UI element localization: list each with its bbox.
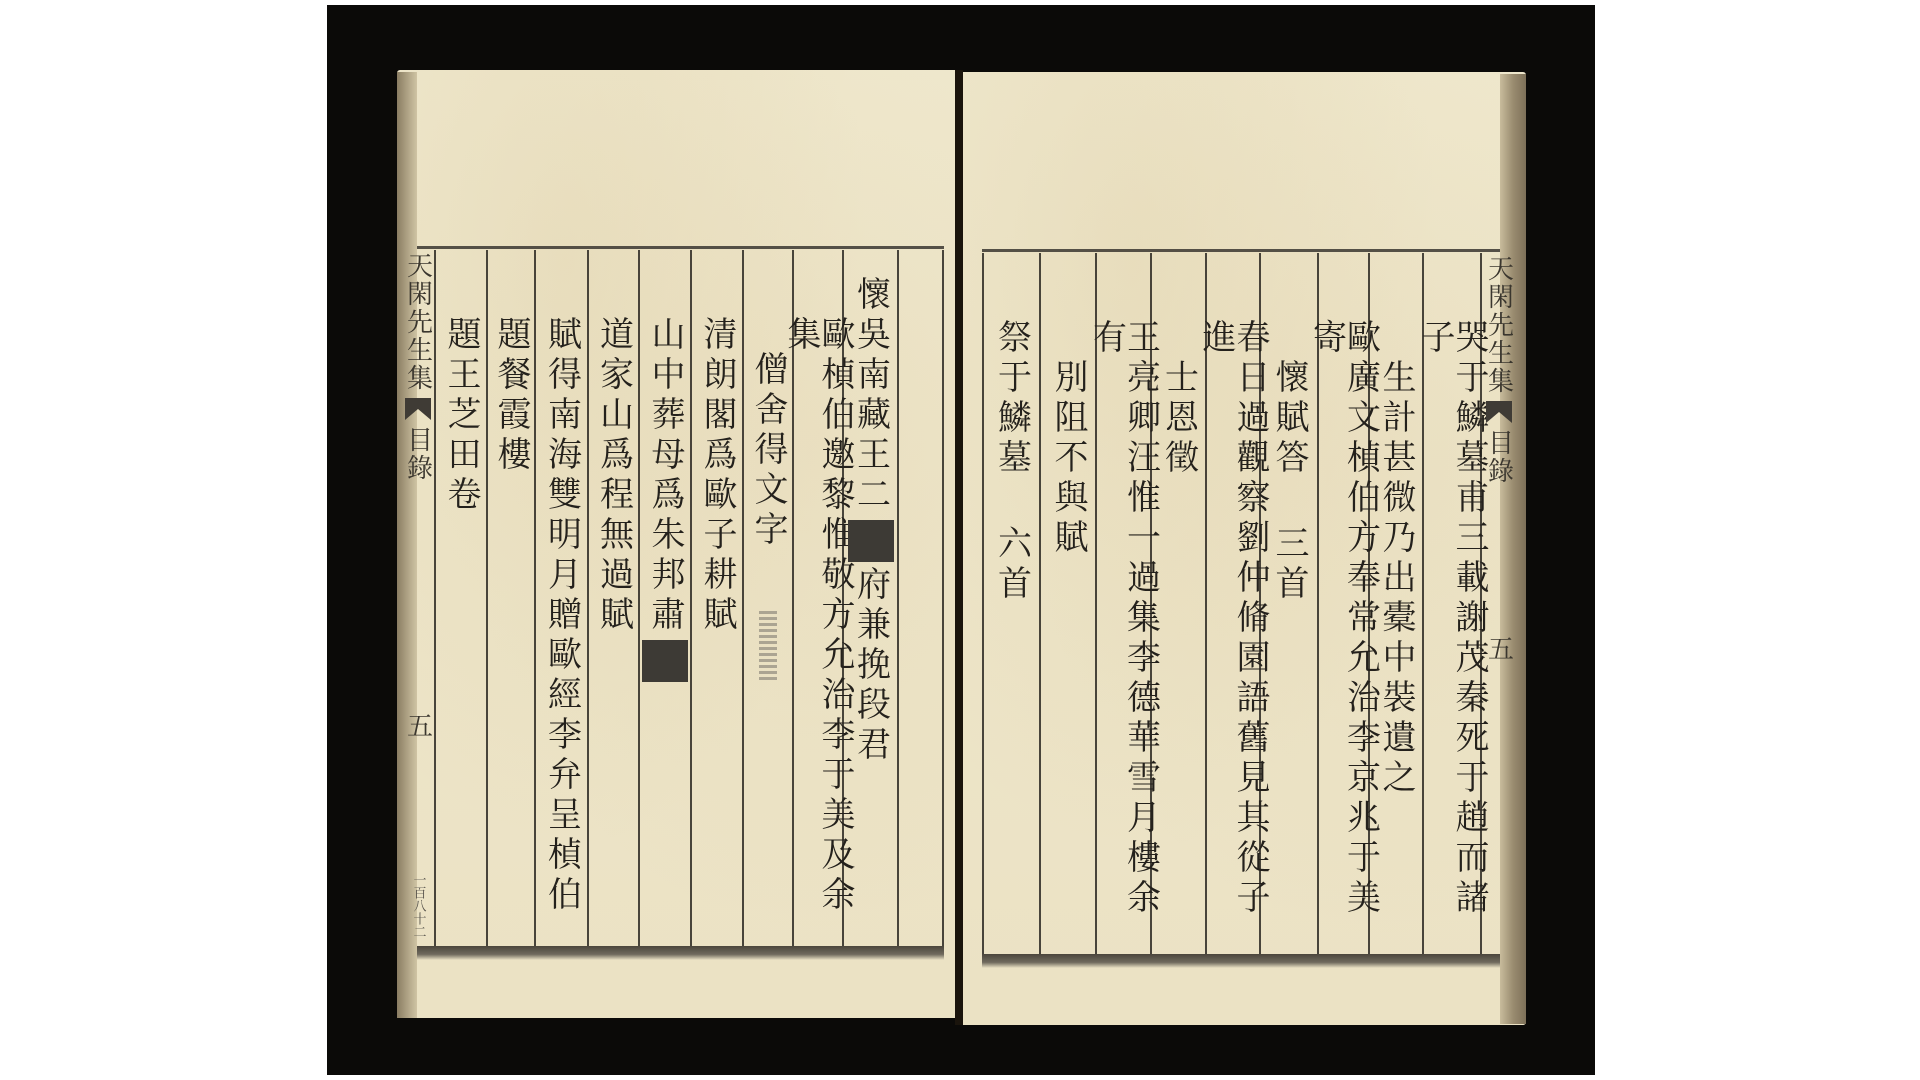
left-margin-column: 天閑先生集 目錄 五 一百八十二 (401, 246, 435, 946)
section-label: 目錄 (400, 426, 437, 482)
folio-number: 五 (400, 712, 437, 740)
block-mark-icon (848, 520, 894, 562)
right-page-text-block: 祭于鱗墓 六首 別阻不與賦 王亮卿汪惟一過集李德華雪月樓余有 士恩徵 春日過觀察… (982, 249, 1500, 954)
book-title: 天閑先生集 (1481, 255, 1518, 395)
right-margin-column: 天閑先生集 目錄 五 (1482, 249, 1516, 954)
seal-stamp-icon (759, 611, 777, 681)
section-label: 目錄 (1481, 429, 1518, 485)
bottom-border (982, 954, 1500, 968)
left-page-text-block: 天閑先生集 目錄 五 一百八十二 題王芝田卷 題餐霞樓 賦得南海雙明月贈歐經李弁… (417, 246, 944, 946)
toc-entry: 清朗閣爲歐子耕賦 (692, 246, 742, 946)
toc-entry: 哭于鱗墓甫三載謝茂秦死于趙而諸子 (1424, 249, 1480, 954)
toc-entry: 題王芝田卷 (436, 246, 486, 946)
book-gutter (955, 70, 963, 1025)
toc-entry: 歐楨伯邀黎惟敬方允治李于美及余集 (794, 246, 842, 946)
toc-entry: 題餐霞樓 (488, 246, 534, 946)
toc-entry: 祭于鱗墓 六首 (984, 249, 1039, 954)
block-mark-icon (642, 640, 688, 682)
toc-entry: 春日過觀察劉仲脩園語舊見其從子進 (1207, 249, 1259, 954)
bottom-border (417, 946, 944, 960)
toc-entry: 道家山爲程無過賦 (589, 246, 638, 946)
toc-entry: 懷吳南藏王二 府兼挽段君 (844, 246, 897, 946)
book-title: 天閑先生集 (400, 252, 437, 392)
toc-entry: 山中葬母爲朱邦肅 (640, 246, 690, 946)
page-count: 一百八十二 (409, 873, 428, 938)
toc-entry: 賦得南海雙明月贈歐經李弁呈楨伯 (536, 246, 587, 946)
folio-number: 五 (1481, 635, 1518, 663)
toc-entry: 歐廣文楨伯方奉常允治李京兆于美寄 (1319, 249, 1368, 954)
fishtail-mark-icon (405, 398, 431, 420)
toc-entry: 王亮卿汪惟一過集李德華雪月樓余有 (1097, 249, 1150, 954)
fishtail-mark-icon (1486, 401, 1512, 423)
